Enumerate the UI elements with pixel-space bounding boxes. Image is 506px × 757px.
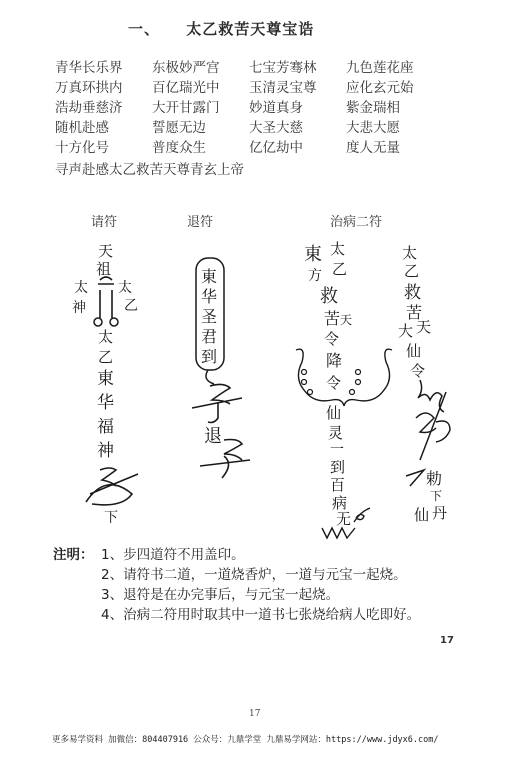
note-line: 注明：1、步四道符不用盖印。	[53, 545, 420, 565]
hw-char: 令	[410, 362, 425, 380]
footer-watermark: 更多易学资料 加微信：804407916 公众号：九鼎学堂 九鼎易学网站：htt…	[52, 733, 439, 745]
hw-char: 東	[201, 267, 217, 286]
verse: 大开甘露门	[152, 99, 249, 117]
hw-char: 太	[118, 279, 132, 296]
talisman-zhibing-1-drawing: 東 方 太 乙 救 苦 天 令 降 令 仙 灵 一 到 百 病 无	[282, 232, 382, 542]
section-heading: 一、 太乙救苦天尊宝诰	[128, 18, 314, 39]
hw-char: 東	[304, 244, 322, 265]
hw-char: 仙	[406, 342, 421, 360]
hw-char: 君	[201, 327, 217, 346]
verse: 七宝芳骞林	[249, 59, 346, 77]
hw-char: 大	[398, 322, 413, 340]
verse: 万真环拱内	[55, 79, 152, 97]
verse: 九色莲花座	[346, 59, 443, 77]
hw-char: 救	[320, 286, 338, 307]
hw-char: 华	[97, 393, 114, 413]
hw-char: 乙	[332, 260, 347, 278]
label-qing-fu: 请符	[91, 211, 117, 230]
hw-char: 灵	[328, 424, 343, 442]
hw-char: 无	[336, 510, 351, 528]
verse-grid: 青华长乐界 东极妙严宫 七宝芳骞林 九色莲花座 万真环拱内 百亿瑞光中 玉清灵宝…	[55, 59, 443, 157]
hw-char: 丹	[432, 504, 447, 522]
verse: 随机赴感	[55, 119, 152, 137]
hw-char: 勅	[426, 469, 442, 488]
verse: 妙道真身	[249, 99, 346, 117]
hw-char: 乙	[124, 298, 138, 314]
page-number-inner: 17	[440, 635, 454, 646]
hw-char: 令	[326, 374, 341, 392]
hw-char: 一	[330, 442, 344, 458]
note-item: 3、退符是在办完事后，与元宝一起烧。	[53, 585, 420, 605]
talisman-qing-fu-drawing: 天 祖 太 神 太 乙 太 乙 東 华 福 神 下	[60, 232, 160, 532]
hw-char: 圣	[201, 307, 217, 326]
verse: 大圣大慈	[249, 119, 346, 137]
hw-char: 仙	[414, 506, 429, 524]
verse: 度人无量	[346, 139, 443, 157]
verse: 誓愿无边	[152, 119, 249, 137]
hw-char: 天	[340, 313, 352, 327]
hw-char: 令	[324, 330, 339, 348]
verse-final: 寻声赴感太乙救苦天尊青玄上帝	[55, 158, 244, 178]
hw-char: 太	[402, 244, 417, 262]
hw-char: 太	[98, 328, 113, 346]
verse: 浩劫垂慈济	[55, 99, 152, 117]
hw-char: 华	[201, 287, 217, 306]
verse: 应化玄元始	[346, 79, 443, 97]
hw-char: 降	[326, 351, 342, 370]
notes-heading: 注明：	[53, 545, 101, 565]
talisman-zhibing-1: 東 方 太 乙 救 苦 天 令 降 令 仙 灵 一 到 百 病 无	[282, 232, 382, 546]
verse: 紫金瑞相	[346, 99, 443, 117]
hw-char: 仙	[326, 404, 341, 422]
talisman-qing-fu: 天 祖 太 神 太 乙 太 乙 東 华 福 神 下	[60, 232, 160, 536]
hw-char: 苦	[324, 309, 340, 328]
note-item: 2、请符书二道，一道烧香炉，一道与元宝一起烧。	[53, 565, 420, 585]
talisman-tui-fu-drawing: 東 华 圣 君 到 退	[172, 240, 262, 490]
verse: 十方化号	[55, 139, 152, 157]
notes-section: 注明：1、步四道符不用盖印。 2、请符书二道，一道烧香炉，一道与元宝一起烧。 3…	[53, 545, 420, 625]
hw-char: 神	[72, 299, 86, 316]
page-number-footer: 17	[249, 709, 260, 719]
hw-char: 到	[330, 458, 345, 476]
talisman-zhibing-2-drawing: 太 乙 救 苦 大 天 仙 令 勅 下 仙 丹	[384, 232, 484, 532]
hw-char: 到	[201, 347, 217, 366]
hw-char: 福	[97, 417, 114, 437]
verse: 东极妙严宫	[152, 59, 249, 77]
hw-char: 方	[308, 268, 322, 284]
hw-char: 救	[404, 283, 421, 303]
hw-char: 下	[430, 489, 442, 503]
hw-char: 天	[416, 318, 431, 336]
verse: 玉清灵宝尊	[249, 79, 346, 97]
verse: 亿亿劫中	[249, 139, 346, 157]
hw-char: 乙	[404, 262, 419, 280]
talisman-tui-fu: 東 华 圣 君 到 退	[172, 240, 262, 494]
hw-char: 太	[330, 240, 345, 258]
talisman-zhibing-2: 太 乙 救 苦 大 天 仙 令 勅 下 仙 丹	[384, 232, 484, 536]
note-item: 1、步四道符不用盖印。	[101, 547, 245, 563]
hw-char: 乙	[98, 348, 113, 366]
verse: 百亿瑞光中	[152, 79, 249, 97]
verse: 普度众生	[152, 139, 249, 157]
hw-char: 神	[97, 441, 114, 461]
note-item: 4、治病二符用时取其中一道书七张烧给病人吃即好。	[53, 605, 420, 625]
section-title: 太乙救苦天尊宝诰	[186, 20, 314, 38]
hw-char: 天	[98, 242, 113, 260]
verse: 大悲大愿	[346, 119, 443, 137]
label-tui-fu: 退符	[187, 211, 213, 230]
section-number: 一、	[128, 20, 160, 38]
hw-char: 祖	[96, 260, 111, 278]
hw-char: 百	[330, 476, 345, 494]
label-zhibing-fu: 治病二符	[330, 211, 382, 230]
verse: 青华长乐界	[55, 59, 152, 77]
hw-char: 東	[97, 369, 114, 389]
hw-char: 下	[104, 510, 118, 526]
hw-char: 太	[74, 279, 88, 296]
hw-char: 退	[204, 426, 222, 447]
